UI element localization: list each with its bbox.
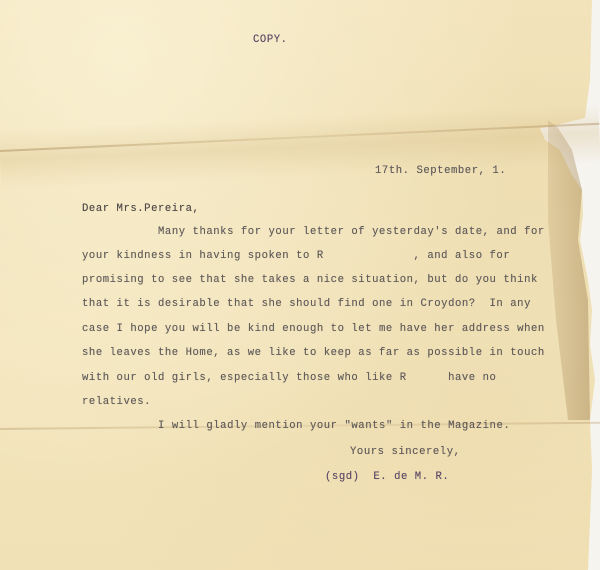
signature: (sgd) E. de M. R. <box>325 471 449 483</box>
salutation: Dear Mrs.Pereira, <box>82 203 199 215</box>
postscript-line: I will gladly mention your "wants" in th… <box>158 420 510 432</box>
body-line: that it is desirable that she should fin… <box>82 298 531 310</box>
body-line: your kindness in having spoken to R , an… <box>82 250 510 262</box>
body-line: promising to see that she takes a nice s… <box>82 274 538 286</box>
copy-heading: COPY. <box>253 34 288 46</box>
body-line: she leaves the Home, as we like to keep … <box>82 347 545 359</box>
letter-date: 17th. September, 1. <box>375 165 506 177</box>
body-line: relatives. <box>82 396 151 408</box>
body-line: with our old girls, especially those who… <box>82 372 496 384</box>
closing: Yours sincerely, <box>350 446 461 458</box>
body-line: Many thanks for your letter of yesterday… <box>158 226 545 238</box>
body-line: case I hope you will be kind enough to l… <box>82 323 545 335</box>
